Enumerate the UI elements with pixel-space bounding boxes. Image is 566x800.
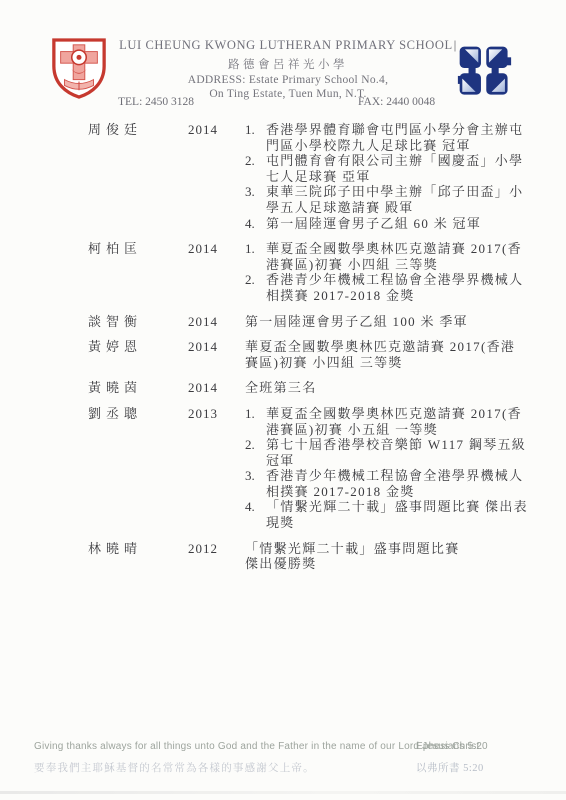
achievement-item: 全班第三名 — [245, 380, 528, 396]
award-year: 2014 — [188, 339, 245, 355]
student-name: 黃曉茵 — [88, 380, 188, 396]
achievement-list: 全班第三名 — [245, 380, 528, 396]
item-number: 2. — [245, 272, 266, 303]
award-year: 2014 — [188, 241, 245, 257]
item-text: 第一屆陸運會男子乙組 60 米 冠軍 — [266, 216, 528, 232]
student-name: 柯柏匡 — [88, 241, 188, 257]
item-text: 華夏盃全國數學奧林匹克邀請賽 2017(香港賽區)初賽 小四組 三等獎 — [245, 339, 528, 370]
letterhead: LUI CHEUNG KWONG LUTHERAN PRIMARY SCHOOL… — [105, 38, 471, 100]
item-text: 「情繫光輝二十載」盛事問題比賽 — [245, 541, 528, 557]
achievement-item: 傑出優勝獎 — [245, 556, 528, 572]
item-text: 華夏盃全國數學奧林匹克邀請賽 2017(香港賽區)初賽 小五組 一等獎 — [266, 406, 528, 437]
item-text: 第一屆陸運會男子乙組 100 米 季軍 — [245, 314, 528, 330]
achievement-item: 2.第七十屆香港學校音樂節 W117 鋼琴五級冠軍 — [245, 437, 528, 468]
fax-number: FAX: 2440 0048 — [358, 96, 435, 108]
achievement-item: 1.華夏盃全國數學奧林匹克邀請賽 2017(香港賽區)初賽 小五組 一等獎 — [245, 406, 528, 437]
student-name: 劉丞聰 — [88, 406, 188, 422]
student-name: 林曉晴 — [88, 541, 188, 557]
school-crest-icon — [50, 37, 108, 105]
item-text: 東華三院邱子田中學主辦「邱子田盃」小學五人足球邀請賽 殿軍 — [266, 184, 528, 215]
verse-ref-en: Ephesians 5:20 — [416, 741, 488, 752]
address-line-1: ADDRESS: Estate Primary School No.4, — [105, 74, 471, 86]
item-number: 3. — [245, 468, 266, 499]
item-number: 1. — [245, 406, 266, 437]
achievement-item: 1.香港學界體育聯會屯門區小學分會主辦屯門區小學校際九人足球比賽 冠軍 — [245, 122, 528, 153]
verse-text-zh: 要奉我們主耶穌基督的名常常為各樣的事感謝父上帝。 — [34, 763, 315, 774]
item-text: 第七十屆香港學校音樂節 W117 鋼琴五級冠軍 — [266, 437, 528, 468]
achievement-item: 4.「情繫光輝二十載」盛事問題比賽 傑出表現獎 — [245, 499, 528, 530]
achievement-item: 1.華夏盃全國數學奧林匹克邀請賽 2017(香港賽區)初賽 小四組 三等獎 — [245, 241, 528, 272]
item-number: 2. — [245, 437, 266, 468]
award-year: 2012 — [188, 541, 245, 557]
table-row: 周俊廷20141.香港學界體育聯會屯門區小學分會主辦屯門區小學校際九人足球比賽 … — [88, 122, 528, 231]
award-year: 2014 — [188, 314, 245, 330]
cursor-artifact: | — [454, 38, 457, 52]
student-name: 周俊廷 — [88, 122, 188, 138]
item-text: 屯門體育會有限公司主辦「國慶盃」小學七人足球賽 亞軍 — [266, 153, 528, 184]
achievement-item: 「情繫光輝二十載」盛事問題比賽 — [245, 541, 528, 557]
school-name-en: LUI CHEUNG KWONG LUTHERAN PRIMARY SCHOOL… — [105, 38, 471, 53]
table-row: 黃曉茵2014全班第三名 — [88, 380, 528, 396]
school-name-zh: 路德會呂祥光小學 — [105, 56, 471, 72]
award-year: 2014 — [188, 122, 245, 138]
achievement-item: 4.第一屆陸運會男子乙組 60 米 冠軍 — [245, 216, 528, 232]
achievement-list: 1.華夏盃全國數學奧林匹克邀請賽 2017(香港賽區)初賽 小五組 一等獎2.第… — [245, 406, 528, 531]
item-text: 全班第三名 — [245, 380, 528, 396]
achievement-item: 2.屯門體育會有限公司主辦「國慶盃」小學七人足球賽 亞軍 — [245, 153, 528, 184]
achievement-list: 華夏盃全國數學奧林匹克邀請賽 2017(香港賽區)初賽 小四組 三等獎 — [245, 339, 528, 370]
table-row: 黃婷恩2014華夏盃全國數學奧林匹克邀請賽 2017(香港賽區)初賽 小四組 三… — [88, 339, 528, 370]
achievement-list: 1.華夏盃全國數學奧林匹克邀請賽 2017(香港賽區)初賽 小四組 三等獎2.香… — [245, 241, 528, 303]
item-number: 4. — [245, 499, 266, 530]
item-number: 4. — [245, 216, 266, 232]
award-year: 2014 — [188, 380, 245, 396]
item-text: 香港青少年機械工程協會全港學界機械人相撲賽 2017-2018 金獎 — [266, 468, 528, 499]
scanned-document-page: LUI CHEUNG KWONG LUTHERAN PRIMARY SCHOOL… — [0, 0, 566, 800]
item-number: 1. — [245, 241, 266, 272]
table-row: 劉丞聰20131.華夏盃全國數學奧林匹克邀請賽 2017(香港賽區)初賽 小五組… — [88, 406, 528, 531]
records: 周俊廷20141.香港學界體育聯會屯門區小學分會主辦屯門區小學校際九人足球比賽 … — [88, 122, 528, 572]
award-year: 2013 — [188, 406, 245, 422]
student-name: 黃婷恩 — [88, 339, 188, 355]
item-text: 香港學界體育聯會屯門區小學分會主辦屯門區小學校際九人足球比賽 冠軍 — [266, 122, 528, 153]
item-text: 「情繫光輝二十載」盛事問題比賽 傑出表現獎 — [266, 499, 528, 530]
achievement-item: 第一屆陸運會男子乙組 100 米 季軍 — [245, 314, 528, 330]
item-text: 傑出優勝獎 — [245, 556, 528, 572]
item-number: 1. — [245, 122, 266, 153]
achievement-item: 3.東華三院邱子田中學主辦「邱子田盃」小學五人足球邀請賽 殿軍 — [245, 184, 528, 215]
achievement-item: 華夏盃全國數學奧林匹克邀請賽 2017(香港賽區)初賽 小四組 三等獎 — [245, 339, 528, 370]
achievement-item: 3.香港青少年機械工程協會全港學界機械人相撲賽 2017-2018 金獎 — [245, 468, 528, 499]
table-row: 談智衡2014第一屆陸運會男子乙組 100 米 季軍 — [88, 314, 528, 330]
achievement-item: 2.香港青少年機械工程協會全港學界機械人相撲賽 2017-2018 金獎 — [245, 272, 528, 303]
item-number: 3. — [245, 184, 266, 215]
item-number: 2. — [245, 153, 266, 184]
achievement-list: 第一屆陸運會男子乙組 100 米 季軍 — [245, 314, 528, 330]
verse-ref-zh: 以弗所書 5:20 — [416, 760, 484, 775]
achievement-list: 1.香港學界體育聯會屯門區小學分會主辦屯門區小學校際九人足球比賽 冠軍2.屯門體… — [245, 122, 528, 231]
tel-number: TEL: 2450 3128 — [118, 96, 194, 108]
item-text: 香港青少年機械工程協會全港學界機械人相撲賽 2017-2018 金獎 — [266, 272, 528, 303]
footer-verse-zh: 要奉我們主耶穌基督的名常常為各樣的事感謝父上帝。 以弗所書 5:20 — [34, 760, 546, 775]
item-text: 華夏盃全國數學奧林匹克邀請賽 2017(香港賽區)初賽 小四組 三等獎 — [266, 241, 528, 272]
scan-edge-artifact — [0, 791, 566, 794]
footer-verse-en: Giving thanks always for all things unto… — [34, 741, 546, 752]
table-row: 林曉晴2012「情繫光輝二十載」盛事問題比賽傑出優勝獎 — [88, 541, 528, 572]
achievement-list: 「情繫光輝二十載」盛事問題比賽傑出優勝獎 — [245, 541, 528, 572]
student-name: 談智衡 — [88, 314, 188, 330]
table-row: 柯柏匡20141.華夏盃全國數學奧林匹克邀請賽 2017(香港賽區)初賽 小四組… — [88, 241, 528, 303]
